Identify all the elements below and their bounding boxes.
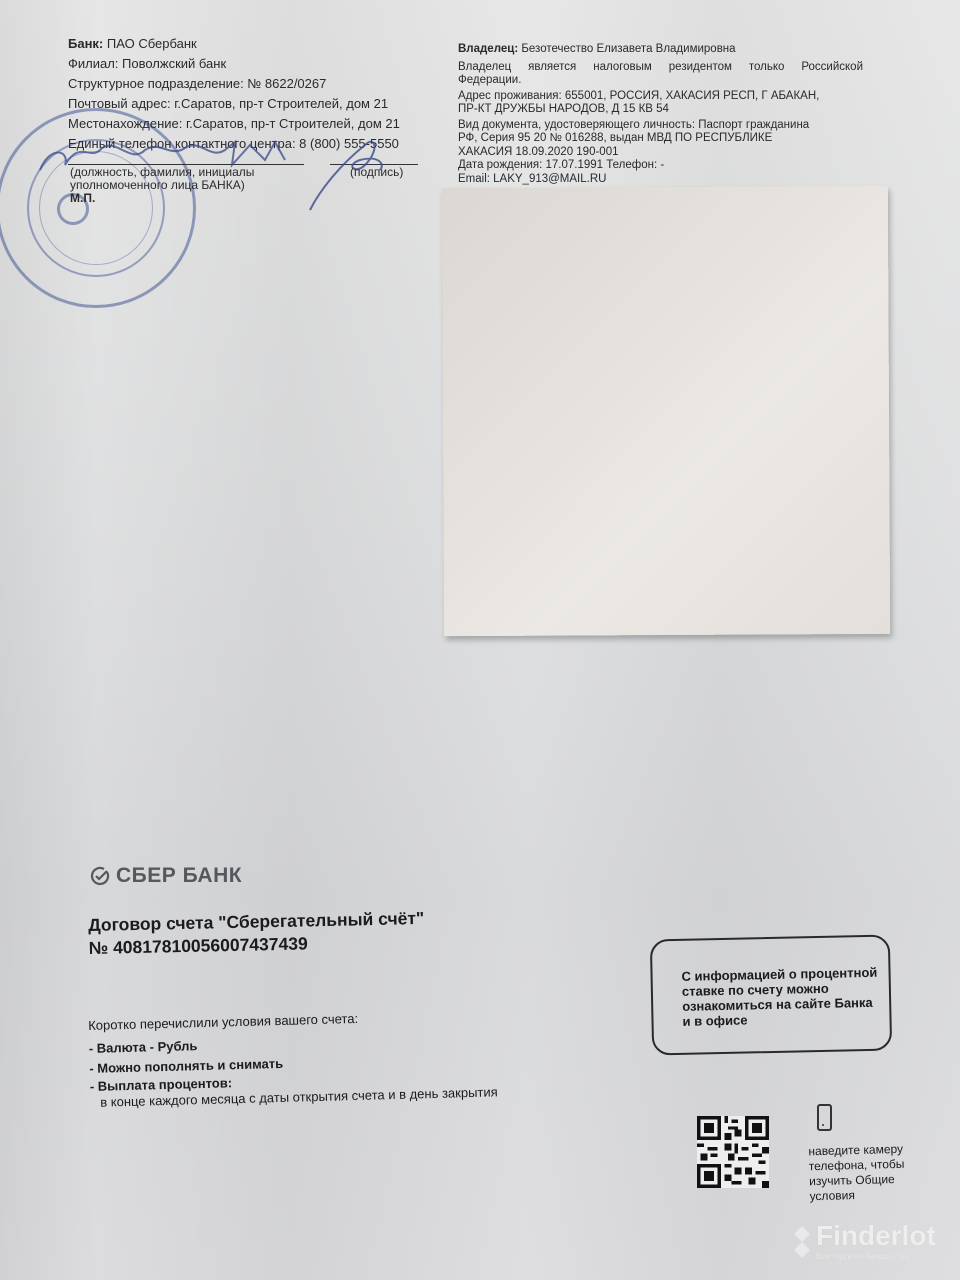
- bank-label: Банк:: [68, 36, 103, 51]
- interest-rate-info-box: С информацией о процентной ставке по сче…: [650, 934, 892, 1055]
- owner-info-block: Владелец: Безотечество Елизавета Владими…: [458, 43, 863, 186]
- signature-caption-official: (должность, фамилия, инициалы уполномоче…: [70, 166, 254, 205]
- bank-name-row: Банк: ПАО Сбербанк: [68, 34, 400, 54]
- division: Структурное подразделение: № 8622/0267: [68, 74, 400, 94]
- address-line-2: ПР-КТ ДРУЖБЫ НАРОДОВ, Д 15 КВ 54: [458, 103, 863, 117]
- qr-caption: наведите камеру телефона, чтобы изучить …: [808, 1142, 910, 1205]
- sber-checkmark-icon: [90, 866, 110, 886]
- finderlot-logo-icon: [790, 1224, 812, 1260]
- logo-text: СБЕР БАНК: [116, 864, 242, 888]
- bank-value: ПАО Сбербанк: [107, 36, 197, 51]
- account-conditions: Коротко перечислили условия вашего счета…: [88, 1005, 498, 1111]
- info-box-text: С информацией о процентной ставке по сче…: [681, 965, 882, 1029]
- branch: Филиал: Поволжский банк: [68, 54, 400, 74]
- email: Email: LAKY_913@MAIL.RU: [458, 173, 863, 187]
- owner-label: Владелец:: [458, 43, 518, 55]
- tax-residency-line-2: Федерации.: [458, 74, 863, 88]
- address-line-1: Адрес проживания: 655001, РОССИЯ, ХАКАСИ…: [458, 90, 863, 104]
- owner-name: Безотечество Елизавета Владимировна: [521, 43, 735, 55]
- sber-bank-logo: СБЕР БАНК: [90, 864, 242, 888]
- owner-name-row: Владелец: Безотечество Елизавета Владими…: [458, 43, 863, 57]
- contract-heading: Договор счета "Сберегательный счёт" № 40…: [88, 907, 425, 960]
- birth-date-phone: Дата рождения: 17.07.1991 Телефон: -: [458, 159, 863, 173]
- watermark-name: Finderlot: [816, 1222, 936, 1250]
- watermark-tagline: Все торги по банкротству: [816, 1252, 936, 1261]
- id-document-line-1: Вид документа, удостоверяющего личность:…: [458, 119, 863, 133]
- seal-label: М.П.: [70, 192, 254, 205]
- finderlot-watermark: Finderlot Все торги по банкротству: [790, 1222, 936, 1261]
- signature-caption-sign: (подпись): [350, 166, 403, 179]
- sticky-note: [442, 186, 890, 636]
- tax-residency-line-1: Владелец является налоговым резидентом т…: [458, 61, 863, 75]
- postal-address: Почтовый адрес: г.Саратов, пр-т Строител…: [68, 94, 400, 114]
- qr-code[interactable]: [697, 1116, 769, 1188]
- caption-line-2: уполномоченного лица БАНКА): [70, 179, 254, 192]
- id-document-line-3: ХАКАСИЯ 18.09.2020 190-001: [458, 146, 863, 160]
- id-document-line-2: РФ, Серия 95 20 № 016288, выдан МВД ПО Р…: [458, 132, 863, 146]
- phone-icon: [817, 1104, 832, 1131]
